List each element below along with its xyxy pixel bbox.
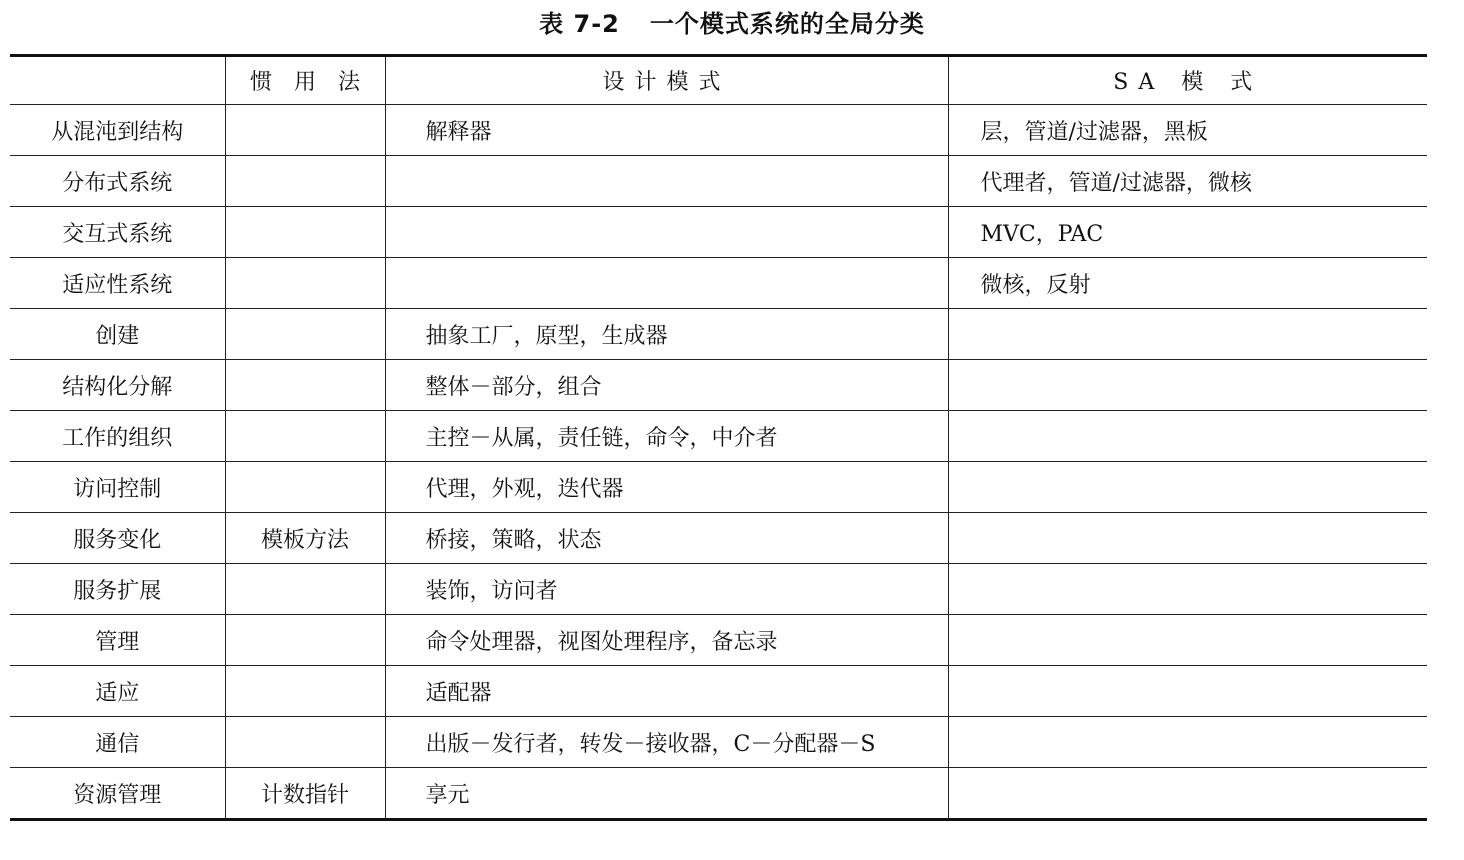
design-patterns-cell: 适配器 (385, 666, 948, 717)
category-cell: 结构化分解 (10, 360, 225, 411)
design-patterns-cell: 整体－部分，组合 (385, 360, 948, 411)
table-row: 创建 抽象工厂，原型，生成器 (10, 309, 1427, 360)
sa-patterns-cell (948, 462, 1427, 513)
design-patterns-cell: 桥接，策略，状态 (385, 513, 948, 564)
category-cell: 服务扩展 (10, 564, 225, 615)
idiom-cell (225, 717, 385, 768)
sa-patterns-cell (948, 717, 1427, 768)
category-cell: 工作的组织 (10, 411, 225, 462)
sa-patterns-cell (948, 513, 1427, 564)
header-category (10, 56, 225, 105)
category-cell: 从混沌到结构 (10, 105, 225, 156)
sa-patterns-cell (948, 564, 1427, 615)
design-patterns-cell: 装饰，访问者 (385, 564, 948, 615)
sa-patterns-cell (948, 411, 1427, 462)
idiom-cell (225, 105, 385, 156)
idiom-cell (225, 462, 385, 513)
idiom-cell: 模板方法 (225, 513, 385, 564)
header-design-patterns: 设计模式 (385, 56, 948, 105)
idiom-cell (225, 207, 385, 258)
table-caption: 表 7-2一个模式系统的全局分类 (0, 4, 1464, 39)
idiom-cell: 计数指针 (225, 768, 385, 820)
category-cell: 访问控制 (10, 462, 225, 513)
design-patterns-cell: 代理，外观，迭代器 (385, 462, 948, 513)
table-row: 访问控制 代理，外观，迭代器 (10, 462, 1427, 513)
header-idiom: 惯用法 (225, 56, 385, 105)
idiom-cell (225, 564, 385, 615)
table-row: 资源管理 计数指针 享元 (10, 768, 1427, 820)
table-row: 服务变化 模板方法 桥接，策略，状态 (10, 513, 1427, 564)
category-cell: 创建 (10, 309, 225, 360)
idiom-cell (225, 615, 385, 666)
table-row: 适应性系统 微核，反射 (10, 258, 1427, 309)
design-patterns-cell: 解释器 (385, 105, 948, 156)
category-cell: 服务变化 (10, 513, 225, 564)
table-row: 交互式系统 MVC，PAC (10, 207, 1427, 258)
table-row: 从混沌到结构 解释器 层，管道/过滤器，黑板 (10, 105, 1427, 156)
idiom-cell (225, 309, 385, 360)
table-number: 表 7-2 (539, 10, 620, 38)
category-cell: 适应 (10, 666, 225, 717)
sa-patterns-cell (948, 360, 1427, 411)
sa-patterns-cell (948, 768, 1427, 820)
category-cell: 通信 (10, 717, 225, 768)
design-patterns-cell: 命令处理器，视图处理程序，备忘录 (385, 615, 948, 666)
idiom-cell (225, 666, 385, 717)
table-row: 通信 出版－发行者，转发－接收器，C－分配器－S (10, 717, 1427, 768)
table-row: 服务扩展 装饰，访问者 (10, 564, 1427, 615)
sa-patterns-cell (948, 666, 1427, 717)
sa-patterns-cell: 层，管道/过滤器，黑板 (948, 105, 1427, 156)
design-patterns-cell: 出版－发行者，转发－接收器，C－分配器－S (385, 717, 948, 768)
table-row: 适应 适配器 (10, 666, 1427, 717)
idiom-cell (225, 156, 385, 207)
category-cell: 资源管理 (10, 768, 225, 820)
idiom-cell (225, 360, 385, 411)
design-patterns-cell (385, 156, 948, 207)
design-patterns-cell: 主控－从属，责任链，命令，中介者 (385, 411, 948, 462)
idiom-cell (225, 411, 385, 462)
design-patterns-cell (385, 207, 948, 258)
header-sa-patterns: SA 模 式 (948, 56, 1427, 105)
header-row: 惯用法 设计模式 SA 模 式 (10, 56, 1427, 105)
sa-patterns-cell: 微核，反射 (948, 258, 1427, 309)
table-title: 一个模式系统的全局分类 (650, 10, 925, 38)
sa-patterns-cell: 代理者，管道/过滤器，微核 (948, 156, 1427, 207)
table-row: 结构化分解 整体－部分，组合 (10, 360, 1427, 411)
design-patterns-cell: 抽象工厂，原型，生成器 (385, 309, 948, 360)
idiom-cell (225, 258, 385, 309)
pattern-classification-table: 惯用法 设计模式 SA 模 式 从混沌到结构 解释器 层，管道/过滤器，黑板 分… (10, 54, 1427, 821)
table-row: 分布式系统 代理者，管道/过滤器，微核 (10, 156, 1427, 207)
table-row: 管理 命令处理器，视图处理程序，备忘录 (10, 615, 1427, 666)
category-cell: 分布式系统 (10, 156, 225, 207)
sa-patterns-cell: MVC，PAC (948, 207, 1427, 258)
category-cell: 管理 (10, 615, 225, 666)
sa-patterns-cell (948, 309, 1427, 360)
table-row: 工作的组织 主控－从属，责任链，命令，中介者 (10, 411, 1427, 462)
design-patterns-cell (385, 258, 948, 309)
category-cell: 适应性系统 (10, 258, 225, 309)
sa-patterns-cell (948, 615, 1427, 666)
category-cell: 交互式系统 (10, 207, 225, 258)
design-patterns-cell: 享元 (385, 768, 948, 820)
